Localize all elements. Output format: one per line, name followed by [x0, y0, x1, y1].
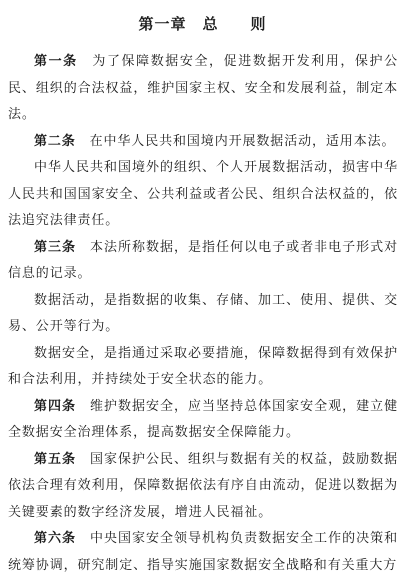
paragraph-text: 在中华人民共和国境内开展数据活动，适用本法。	[90, 133, 396, 148]
article-number: 第六条	[34, 530, 76, 545]
paragraph-text: 数据活动，是指数据的收集、存储、加工、使用、提供、交易、公开等行为。	[8, 292, 398, 334]
article-number: 第三条	[34, 239, 76, 254]
law-paragraph: 第六条 中央国家安全领导机构负责数据安全工作的决策和统筹协调，研究制定、指导实施…	[8, 525, 398, 577]
article-number: 第一条	[34, 53, 78, 68]
law-paragraph: 第四条 维护数据安全，应当坚持总体国家安全观，建立健全数据安全治理体系，提高数据…	[8, 393, 398, 446]
law-paragraph: 数据活动，是指数据的收集、存储、加工、使用、提供、交易、公开等行为。	[8, 287, 398, 340]
law-paragraph: 第一条 为了保障数据安全，促进数据开发利用，保护公民、组织的合法权益，维护国家主…	[8, 48, 398, 128]
chapter-title: 第一章 总 则	[0, 13, 405, 37]
document-body: 第一条 为了保障数据安全，促进数据开发利用，保护公民、组织的合法权益，维护国家主…	[8, 48, 398, 577]
law-paragraph: 数据安全，是指通过采取必要措施，保障数据得到有效保护和合法利用，并持续处于安全状…	[8, 340, 398, 393]
document-page: 第一章 总 则 第一条 为了保障数据安全，促进数据开发利用，保护公民、组织的合法…	[0, 0, 405, 577]
law-paragraph: 第五条 国家保护公民、组织与数据有关的权益，鼓励数据依法合理有效利用，保障数据依…	[8, 446, 398, 526]
paragraph-text: 数据安全，是指通过采取必要措施，保障数据得到有效保护和合法利用，并持续处于安全状…	[8, 345, 398, 387]
paragraph-text: 中华人民共和国境外的组织、个人开展数据活动，损害中华人民共和国国家安全、公共利益…	[8, 159, 398, 227]
law-paragraph: 第三条 本法所称数据，是指任何以电子或者非电子形式对信息的记录。	[8, 234, 398, 287]
law-paragraph: 中华人民共和国境外的组织、个人开展数据活动，损害中华人民共和国国家安全、公共利益…	[8, 154, 398, 234]
law-paragraph: 第二条 在中华人民共和国境内开展数据活动，适用本法。	[8, 128, 398, 155]
article-number: 第二条	[34, 133, 76, 148]
article-number: 第五条	[34, 451, 76, 466]
article-number: 第四条	[34, 398, 76, 413]
